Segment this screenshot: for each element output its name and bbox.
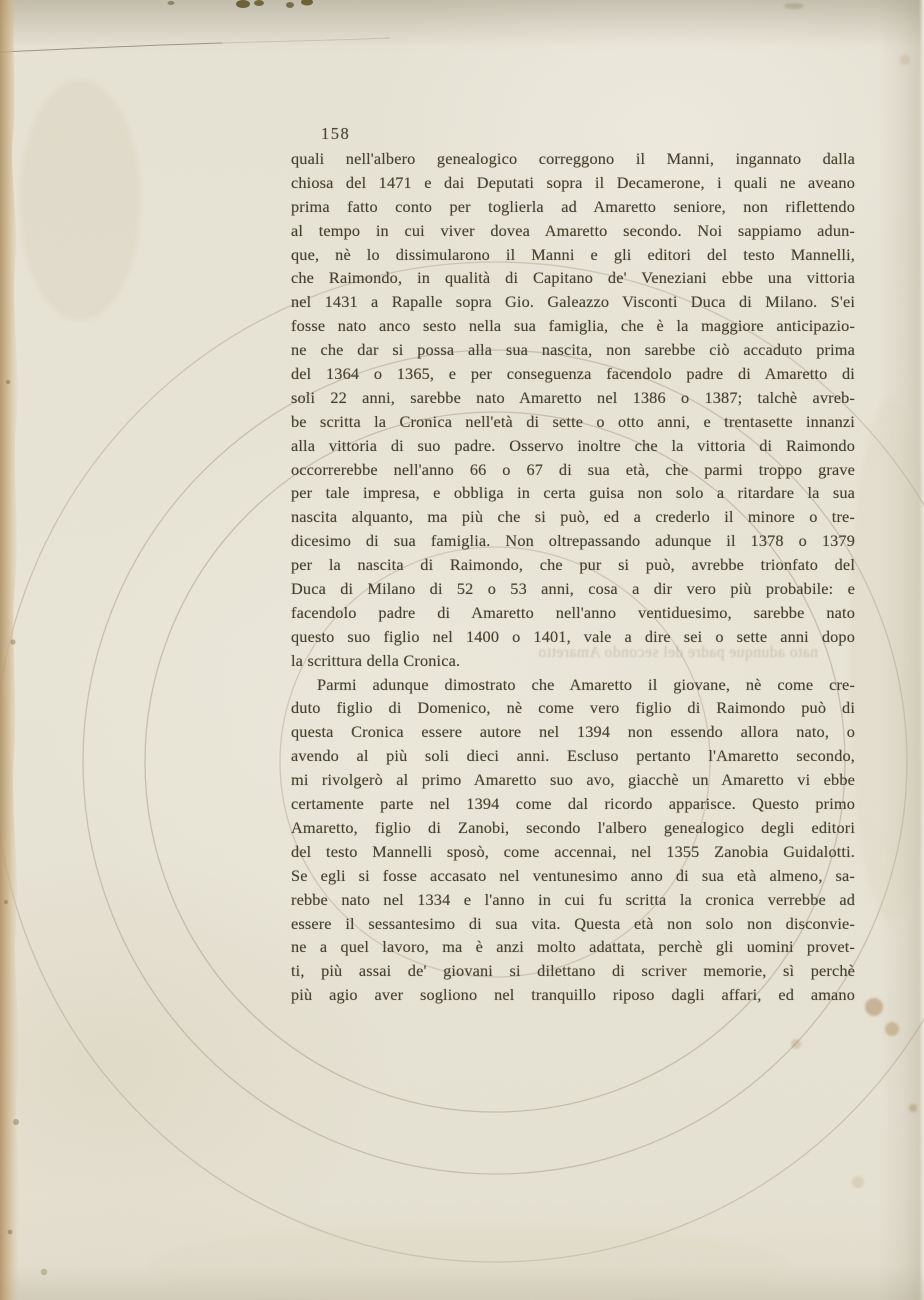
text-line: mi rivolgerò al primo Amaretto suo avo, … <box>291 768 855 792</box>
text-line: ti, più assai de' giovani si dilettano d… <box>291 959 855 983</box>
text-line: Duca di Milano di 52 o 53 anni, cosa a d… <box>291 577 855 601</box>
text-line: facendolo padre di Amaretto nell'anno ve… <box>291 601 855 625</box>
text-line: Parmi adunque dimostrato che Amaretto il… <box>291 673 855 697</box>
text-line: per tale impresa, e obbliga in certa gui… <box>291 481 855 505</box>
page-top-shadow <box>0 0 924 46</box>
scanned-book-page: 158 nato adunque padre del secondo Amare… <box>0 0 924 1300</box>
torn-left-edge <box>0 0 20 1300</box>
text-line: ne a quel lavoro, ma è anzi molto adatta… <box>291 935 855 959</box>
text-line: alla vittoria di suo padre. Osservo inol… <box>291 434 855 458</box>
text-line: be scritta la Cronica nell'età di sette … <box>291 410 855 434</box>
text-line: la scrittura della Cronica. <box>291 649 855 673</box>
page-right-edge-highlight <box>919 0 924 1300</box>
page-number: 158 <box>321 124 350 144</box>
text-line: rebbe nato nel 1334 e l'anno in cui fu s… <box>291 888 855 912</box>
text-line: per la nascita di Raimondo, che pur si p… <box>291 553 855 577</box>
text-line: fosse nato anco sesto nella sua famiglia… <box>291 314 855 338</box>
text-line: duto figlio di Domenico, nè come vero fi… <box>291 696 855 720</box>
text-line: questo suo figlio nel 1400 o 1401, vale … <box>291 625 855 649</box>
text-line: prima fatto conto per toglierla ad Amare… <box>291 195 855 219</box>
text-line: soli 22 anni, sarebbe nato Amaretto nel … <box>291 386 855 410</box>
left-edge-speckles <box>4 380 47 1275</box>
text-line: del testo Mannelli sposò, come accennai,… <box>291 840 855 864</box>
page-right-shadow <box>878 0 924 1300</box>
text-line: dicesimo di sua famiglia. Non oltrepassa… <box>291 529 855 553</box>
text-line: ne che dar si possa alla sua nascita, no… <box>291 338 855 362</box>
text-line: questa Cronica essere autore nel 1394 no… <box>291 720 855 744</box>
text-line: que, nè lo dissimularono il Manni e gli … <box>291 243 855 267</box>
text-line: occorrerebbe nell'anno 66 o 67 di sua et… <box>291 458 855 482</box>
text-line: che Raimondo, in qualità di Capitano de'… <box>291 266 855 290</box>
text-line: avendo al più soli dieci anni. Escluso p… <box>291 744 855 768</box>
text-block: quali nell'albero genealogico correggono… <box>291 147 855 1007</box>
text-line: Se egli si fosse accasato nel ventunesim… <box>291 864 855 888</box>
text-line: del 1364 o 1365, e per conseguenza facen… <box>291 362 855 386</box>
text-line: nel 1431 a Rapalle sopra Gio. Galeazzo V… <box>291 290 855 314</box>
text-line: quali nell'albero genealogico correggono… <box>291 147 855 171</box>
text-line: al tempo in cui viver dovea Amaretto sec… <box>291 219 855 243</box>
text-line: certamente parte nel 1394 come dal ricor… <box>291 792 855 816</box>
page-bottom-shadow <box>0 1266 924 1300</box>
text-line: Amaretto, figlio di Zanobi, secondo l'al… <box>291 816 855 840</box>
text-line: più agio aver sogliono nel tranquillo ri… <box>291 983 855 1007</box>
text-line: essere il sessantesimo di sua vita. Ques… <box>291 912 855 936</box>
text-line: chiosa del 1471 e dai Deputati sopra il … <box>291 171 855 195</box>
text-line: nascita alquanto, ma più che si può, ed … <box>291 505 855 529</box>
